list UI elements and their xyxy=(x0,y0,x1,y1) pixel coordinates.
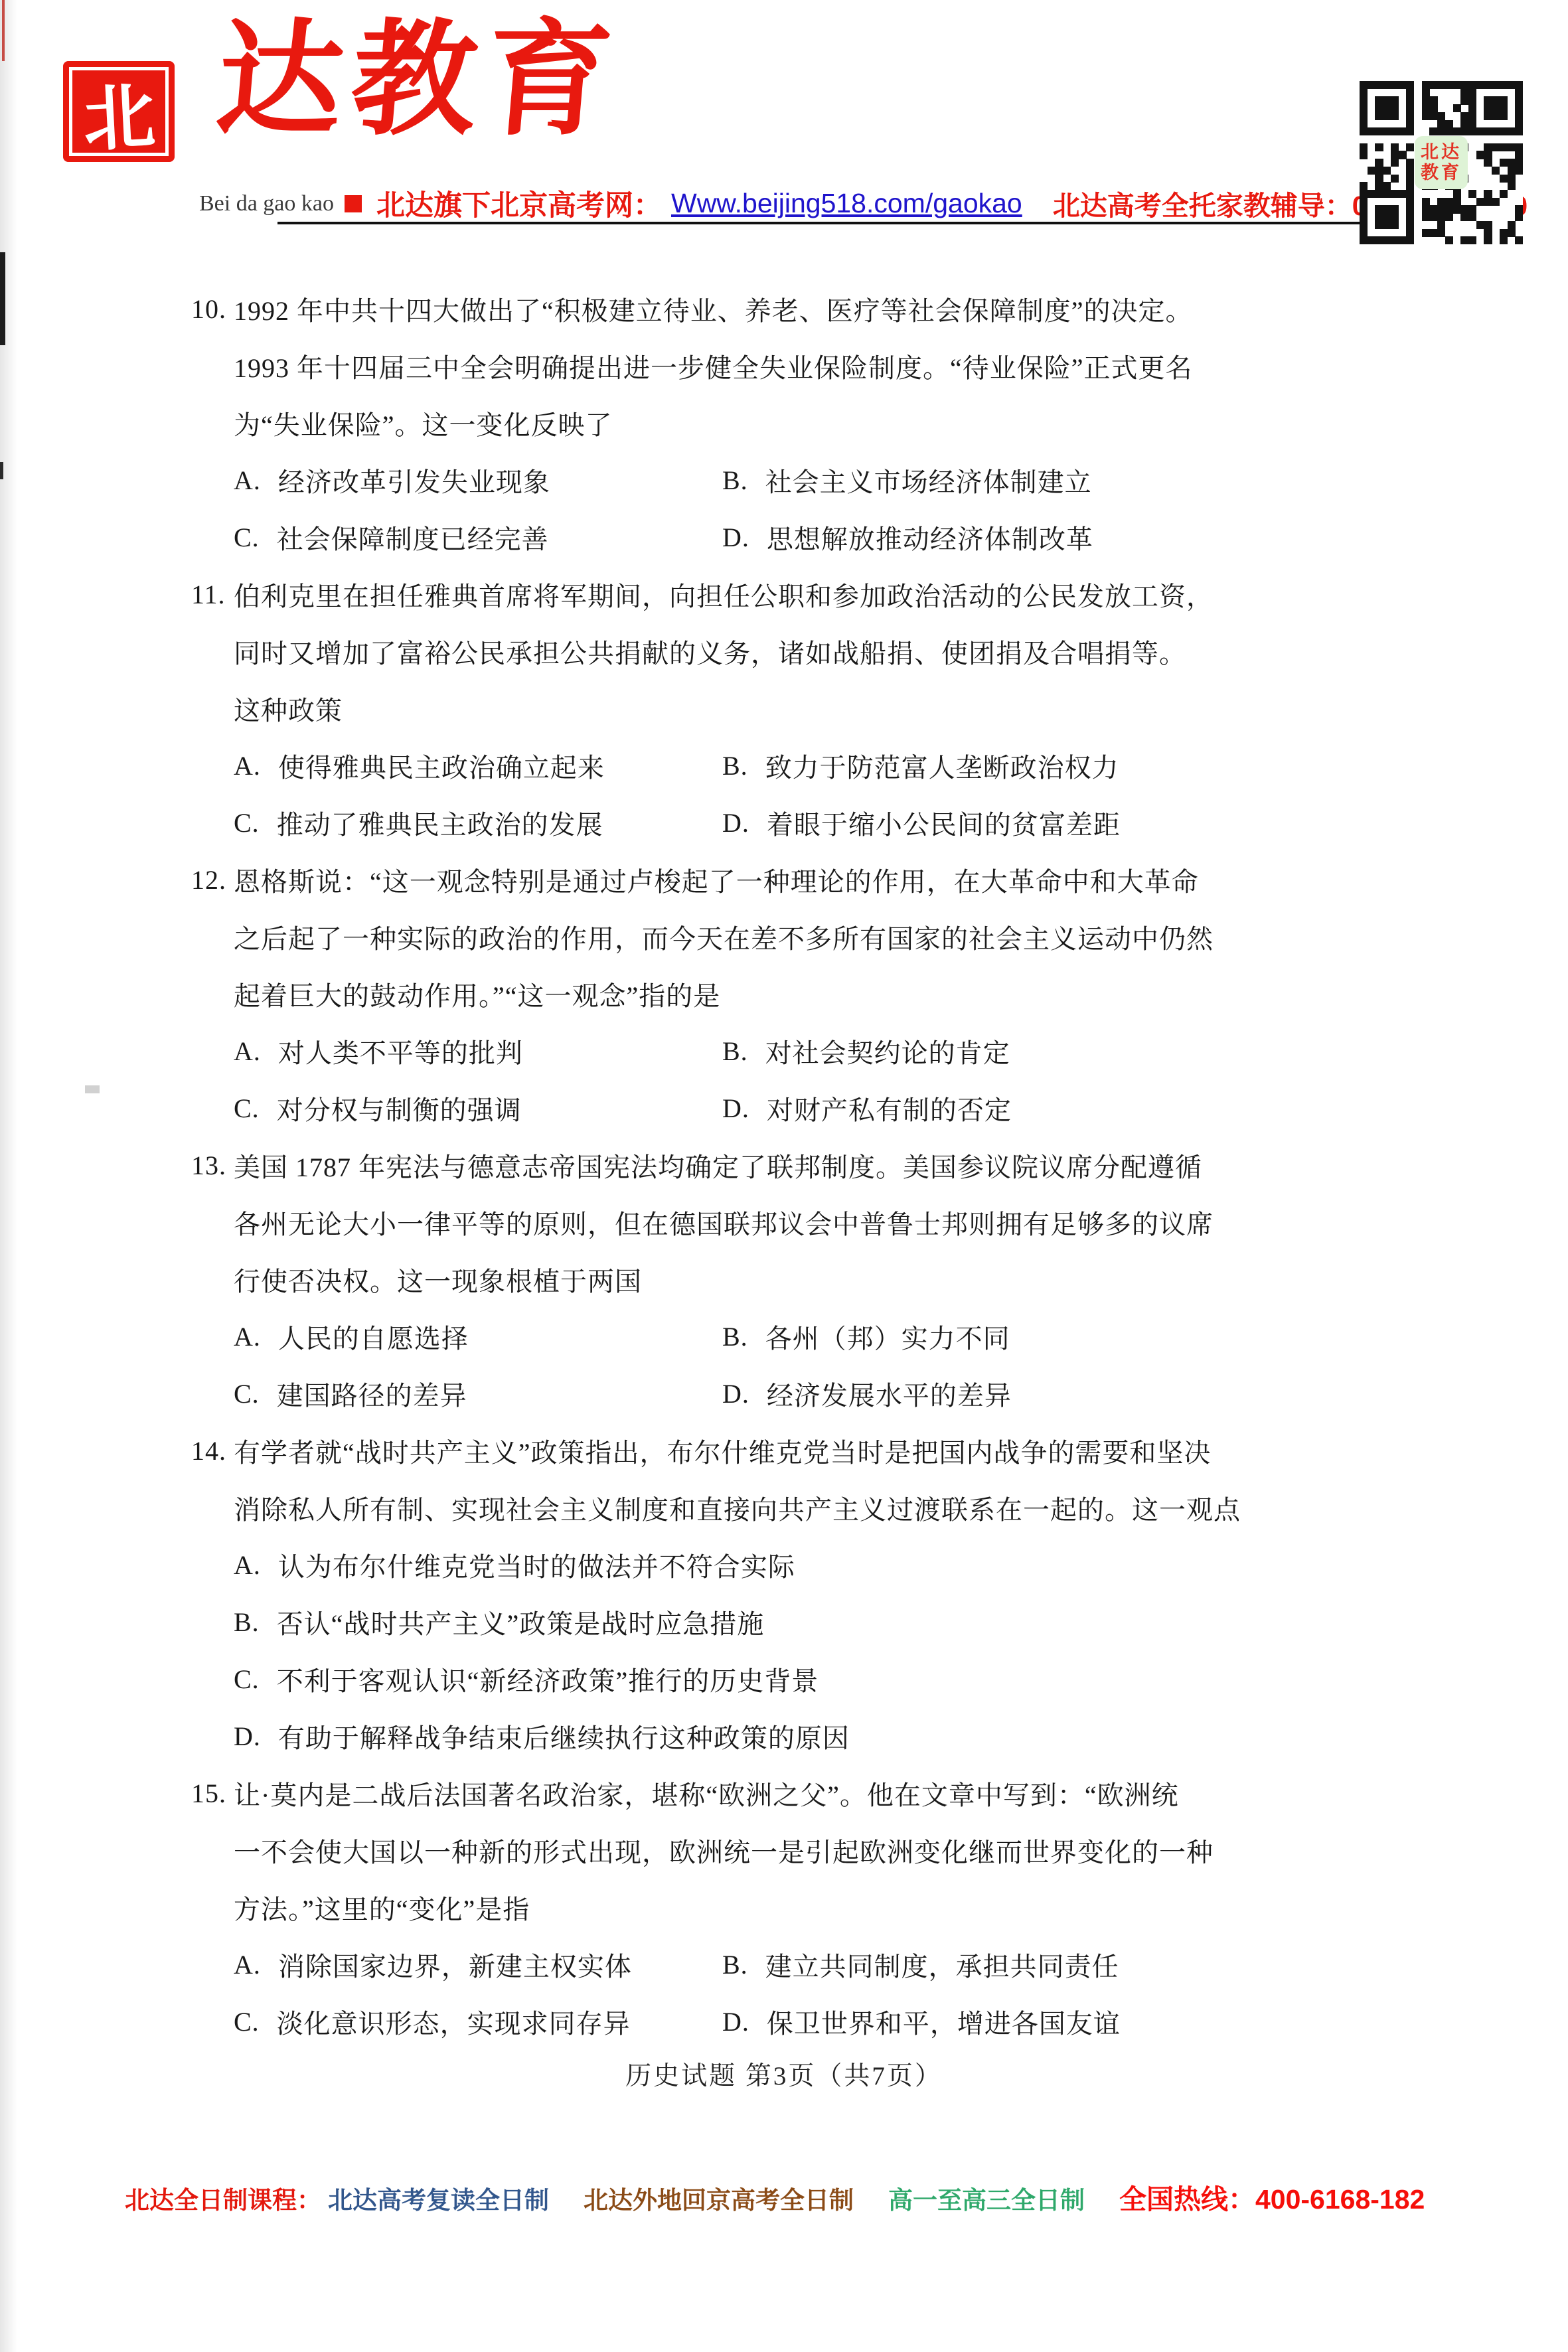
ad-segment: 北达全日制课程： xyxy=(125,2180,321,2216)
brand-seal-logo: 北 xyxy=(63,61,175,162)
question-12: 12. 恩格斯说：“这一观念特别是通过卢梭起了一种理论的作用，在大革命中和大革命… xyxy=(0,851,1568,1137)
option-a: A. 对人类不平等的批判 xyxy=(234,1032,722,1070)
question-number: 10. xyxy=(191,293,226,325)
question-text-line: 各州无论大小一律平等的原则，但在德国联邦议会中普鲁士邦则拥有足够多的议席 xyxy=(234,1204,1214,1241)
question-number: 14. xyxy=(191,1435,226,1466)
ad-segment: 高一至高三全日制 xyxy=(888,2180,1085,2216)
qr-code: 北达 教育 xyxy=(1360,81,1523,244)
question-list: 10. 1992 年中共十四大做出了“积极建立待业、养老、医疗等社会保障制度”的… xyxy=(0,280,1568,2050)
question-text-line: 之后起了一种实际的政治的作用，而今天在差不多所有国家的社会主义运动中仍然 xyxy=(234,918,1214,956)
option-a: A. 使得雅典民主政治确立起来 xyxy=(234,747,722,785)
brand-logo-text: 达教育 xyxy=(212,19,625,143)
seal-character: 北 xyxy=(80,58,157,165)
question-15: 15. 让·莫内是二战后法国著名政治家，堪称“欧洲之父”。他在文章中写到：“欧洲… xyxy=(0,1764,1568,2050)
question-13: 13. 美国 1787 年宪法与德意志帝国宪法均确定了联邦制度。美国参议院议席分… xyxy=(0,1137,1568,1422)
option-b: B. 否认“战时共产主义”政策是战时应急措施 xyxy=(234,1603,1568,1641)
option-c: C. 建国路径的差异 xyxy=(234,1375,722,1413)
question-11: 11. 伯利克里在担任雅典首席将军期间，向担任公职和参加政治活动的公民发放工资，… xyxy=(0,566,1568,851)
option-b: B. 建立共同制度，承担共同责任 xyxy=(722,1946,1568,1984)
ad-hotline: 全国热线：400-6168-182 xyxy=(1119,2177,1425,2217)
footer-ad-bar: 北达全日制课程： 北达高考复读全日制 北达外地回京高考全日制 高一至高三全日制 … xyxy=(125,2177,1425,2217)
question-text-line: 伯利克里在担任雅典首席将军期间，向担任公职和参加政治活动的公民发放工资， xyxy=(234,576,1214,613)
question-14: 14. 有学者就“战时共产主义”政策指出，布尔什维克党当时是把国内战争的需要和坚… xyxy=(0,1422,1568,1764)
red-square-bullet-icon xyxy=(345,195,362,212)
qr-badge-text: 北达 xyxy=(1421,142,1462,163)
qr-center-badge: 北达 教育 xyxy=(1415,136,1468,189)
question-text-line: 让·莫内是二战后法国著名政治家，堪称“欧洲之父”。他在文章中写到：“欧洲统 xyxy=(234,1774,1179,1812)
question-text-line: 这种政策 xyxy=(234,690,343,728)
ad-segment: 北达外地回京高考全日制 xyxy=(584,2180,854,2216)
question-text-line: 美国 1787 年宪法与德意志帝国宪法均确定了联邦制度。美国参议院议席分配遵循 xyxy=(234,1146,1202,1184)
question-text-line: 同时又增加了富裕公民承担公共捐献的义务，诸如战船捐、使团捐及合唱捐等。 xyxy=(234,633,1186,670)
option-c: C. 不利于客观认识“新经济政策”推行的历史背景 xyxy=(234,1660,1568,1698)
question-10: 10. 1992 年中共十四大做出了“积极建立待业、养老、医疗等社会保障制度”的… xyxy=(0,280,1568,566)
option-b: B. 社会主义市场经济体制建立 xyxy=(722,461,1568,499)
option-c: C. 对分权与制衡的强调 xyxy=(234,1089,722,1127)
option-b: B. 各州（邦）实力不同 xyxy=(722,1318,1568,1356)
option-c: C. 淡化意识形态，实现求同存异 xyxy=(234,2003,722,2041)
option-d: D. 思想解放推动经济体制改革 xyxy=(722,518,1568,556)
question-number: 13. xyxy=(191,1150,226,1181)
option-d: D. 对财产私有制的否定 xyxy=(722,1089,1568,1127)
ad-segment: 北达高考复读全日制 xyxy=(328,2180,549,2216)
option-d: D. 着眼于缩小公民间的贫富差距 xyxy=(722,804,1568,842)
question-text-line: 起着巨大的鼓动作用。”“这一观念”指的是 xyxy=(234,975,720,1013)
question-text-line: 1993 年十四届三中全会明确提出进一步健全失业保险制度。“待业保险”正式更名 xyxy=(234,347,1193,385)
question-text-line: 有学者就“战时共产主义”政策指出，布尔什维克党当时是把国内战争的需要和坚决 xyxy=(234,1432,1212,1470)
question-text-line: 行使否决权。这一现象根植于两国 xyxy=(234,1261,642,1298)
question-number: 11. xyxy=(191,579,226,610)
option-b: B. 致力于防范富人垄断政治权力 xyxy=(722,747,1568,785)
qr-badge-text: 教育 xyxy=(1421,163,1462,183)
option-a: A. 消除国家边界，新建主权实体 xyxy=(234,1946,722,1984)
option-c: C. 社会保障制度已经完善 xyxy=(234,518,722,556)
option-b: B. 对社会契约论的肯定 xyxy=(722,1032,1568,1070)
option-c: C. 推动了雅典民主政治的发展 xyxy=(234,804,722,842)
question-text-line: 恩格斯说：“这一观念特别是通过卢梭起了一种理论的作用，在大革命中和大革命 xyxy=(234,861,1199,899)
question-number: 12. xyxy=(191,864,226,896)
question-text-line: 消除私人所有制、实现社会主义制度和直接向共产主义过渡联系在一起的。这一观点 xyxy=(234,1489,1241,1527)
question-text-line: 1992 年中共十四大做出了“积极建立待业、养老、医疗等社会保障制度”的决定。 xyxy=(234,290,1193,328)
page-number-label: 历史试题 第3页（共7页） xyxy=(0,2055,1568,2092)
question-number: 15. xyxy=(191,1778,226,1809)
scan-artifact xyxy=(2,0,5,61)
option-d: D. 保卫世界和平，增进各国友谊 xyxy=(722,2003,1568,2041)
brand-pinyin-text: Bei da gao kao xyxy=(199,191,334,216)
gaokao-site-label: 北达旗下北京高考网： xyxy=(376,183,662,224)
question-text-line: 为“失业保险”。这一变化反映了 xyxy=(234,404,613,442)
option-a: A. 人民的自愿选择 xyxy=(234,1318,722,1356)
gaokao-site-link[interactable]: Www.beijing518.com/gaokao xyxy=(671,188,1022,219)
header-divider xyxy=(277,222,1395,224)
option-d: D. 经济发展水平的差异 xyxy=(722,1375,1568,1413)
option-d: D. 有助于解释战争结束后继续执行这种政策的原因 xyxy=(234,1717,1568,1755)
question-text-line: 一不会使大国以一种新的形式出现，欧洲统一是引起欧洲变化继而世界变化的一种 xyxy=(234,1832,1214,1869)
option-a: A. 经济改革引发失业现象 xyxy=(234,461,722,499)
header-tagline: Bei da gao kao 北达旗下北京高考网： Www.beijing518… xyxy=(199,183,1528,224)
option-a: A. 认为布尔什维克党当时的做法并不符合实际 xyxy=(234,1546,1568,1584)
question-text-line: 方法。”这里的“变化”是指 xyxy=(234,1889,530,1926)
